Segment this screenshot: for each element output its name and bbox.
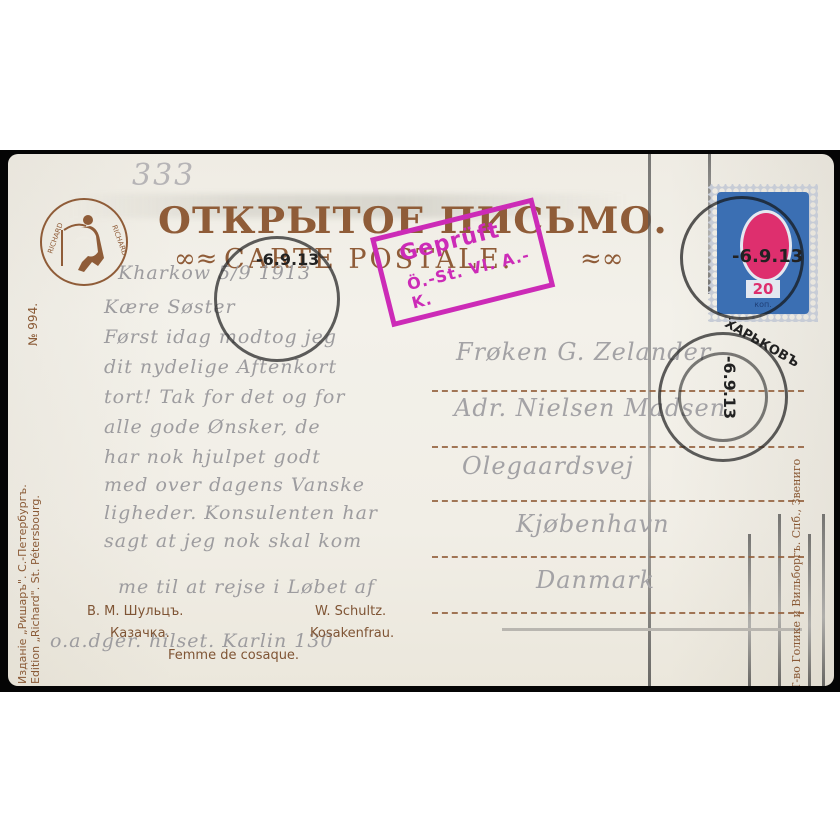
cancel-line — [778, 514, 781, 686]
postmark-stamp-date: -6.9.13 — [732, 246, 803, 267]
artist-name-de: W. Schultz. — [315, 604, 386, 619]
message-line: alle gode Ønsker, de — [104, 416, 321, 438]
publisher-line-ru: Изданіе „Ришаръ". С.-Петербургъ. — [16, 484, 29, 684]
cancel-line — [808, 534, 811, 686]
publisher-imprint: Изданіе „Ришаръ". С.-Петербургъ. Edition… — [16, 484, 42, 684]
postcard: 333 RICHARD RICHARD ОТКРЫТОЕ ПИСЬМО. ∞≈ … — [8, 154, 834, 686]
cancel-line — [822, 514, 825, 686]
address-line: Danmark — [536, 566, 655, 594]
message-line: tort! Tak for det og for — [104, 386, 345, 408]
svg-text:RICHARD: RICHARD — [110, 224, 126, 257]
cossack-figure-icon: RICHARD RICHARD — [42, 200, 126, 284]
address-line: Olegaardsvej — [462, 452, 634, 480]
message-line: har nok hjulpet godt — [104, 446, 321, 468]
title-caption-fr: Femme de cosaque. — [168, 648, 299, 663]
title-caption-de: Kosakenfrau. — [310, 626, 394, 641]
postmark-left-date: -6.9.13 — [256, 250, 319, 269]
address-rule — [432, 500, 804, 502]
address-rule — [432, 556, 804, 558]
pencil-number: 333 — [132, 158, 195, 193]
handwritten-underline — [502, 628, 802, 631]
postmark-lower-right-date: -6.9.13 — [720, 356, 739, 419]
publisher-line-fr: Edition „Richard". St. Pétersbourg. — [29, 484, 42, 684]
publisher-logo: RICHARD RICHARD — [40, 198, 128, 286]
message-line: med over dagens Vanske — [104, 474, 365, 496]
message-line: dit nydelige Aftenkort — [104, 356, 337, 378]
address-line: Kjøbenhavn — [516, 510, 670, 538]
message-line: sagt at jeg nok skal kom — [104, 530, 362, 552]
title-caption-ru: Казачка. — [110, 626, 170, 641]
flourish-right-icon: ≈∞ — [580, 244, 623, 274]
address-rule — [432, 612, 804, 614]
publisher-number: № 994. — [26, 303, 40, 346]
message-line: ligheder. Konsulenten har — [104, 502, 378, 524]
message-line: me til at rejse i Løbet af — [118, 576, 375, 598]
printer-imprint: Т-во Голике и Вильборгъ. Спб., Звениго — [790, 459, 803, 686]
artist-name-ru: В. М. Шульцъ. — [87, 604, 183, 619]
